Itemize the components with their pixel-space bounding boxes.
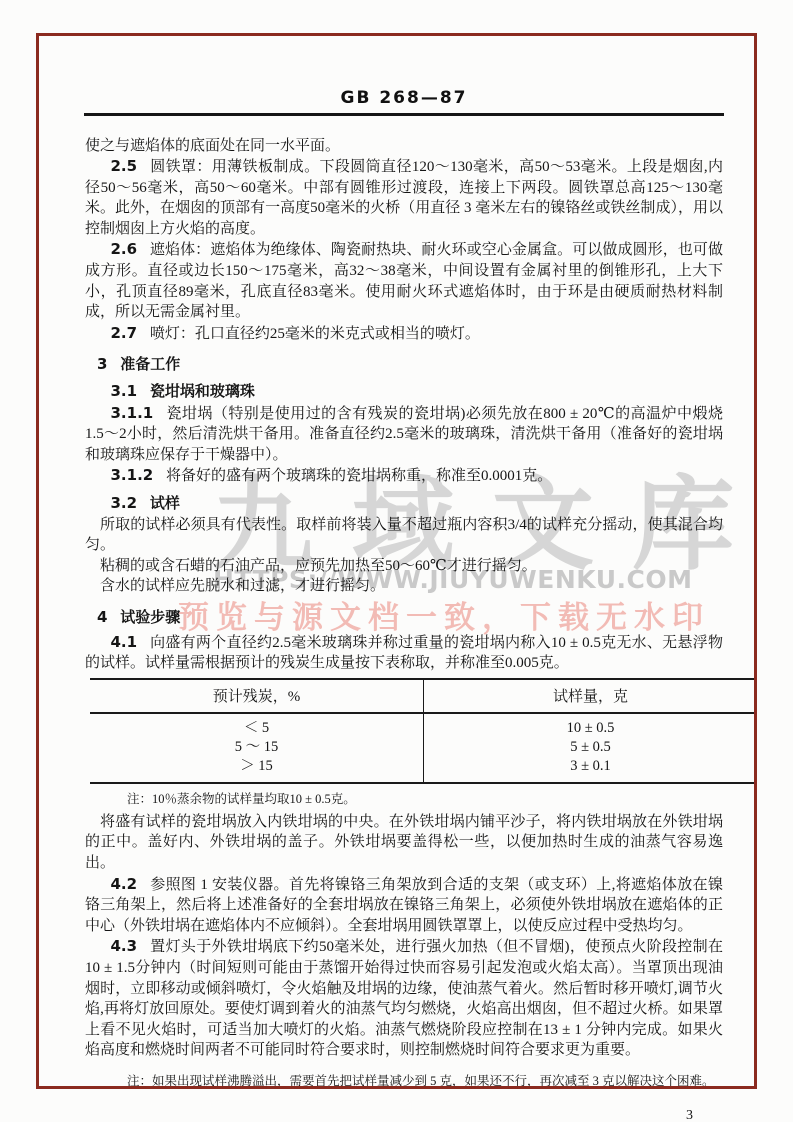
cell-residue: 5 ～ 15 (90, 738, 424, 757)
section-number: 2.7 (111, 324, 150, 342)
col-header-sample: 试样量，克 (424, 679, 758, 713)
para-3-1-2: 3.1.2将备好的盛有两个玻璃珠的瓷坩埚称重，称准至0.0001克。 (85, 465, 723, 487)
section-number: 4.1 (111, 633, 150, 651)
para-text: 将盛有试样的瓷坩埚放入内铁坩埚的中央。在外铁坩埚内铺平沙子，将内铁坩埚放在外铁坩… (85, 814, 723, 871)
para-4-3: 4.3置灯头于外铁坩埚底下约50毫米处，进行强火加热（但不冒烟)，使预点火阶段控… (85, 936, 723, 1061)
para-4-2: 4.2参照图 1 安装仪器。首先将镍铬三角架放到合适的支架（或支环）上,将遮焰体… (85, 874, 723, 937)
section-number: 3.1.1 (111, 404, 166, 422)
section-number: 4.2 (111, 875, 150, 893)
section-number: 4.3 (111, 937, 150, 955)
page-number: 3 (85, 1106, 723, 1122)
para-text: 参照图 1 安装仪器。首先将镍铬三角架放到合适的支架（或支环）上,将遮焰体放在镍… (85, 877, 723, 934)
cell-residue: ＞ 15 (90, 757, 424, 783)
section-number: 2.5 (111, 157, 150, 175)
table-note: 注：10％蒸余物的试样量均取10 ± 0.5克。 (127, 791, 723, 808)
para-text: 向盛有两个直径约2.5毫米玻璃珠并称过重量的瓷坩埚内称入10 ± 0.5克无水、… (85, 635, 723, 672)
para-2-6: 2.6遮焰体：遮焰体为绝缘体、陶瓷耐热块、耐火环或空心金属盒。可以做成圆形，也可… (85, 239, 723, 322)
cell-sample: 10 ± 0.5 (424, 713, 758, 738)
section-number: 3 (97, 355, 120, 373)
table-row: 5 ～ 15 5 ± 0.5 (90, 738, 757, 757)
para-text: 瓷坩埚（特别是使用过的含有残炭的瓷坩埚)必须先放在800 ± 20℃的高温炉中煅… (85, 406, 723, 463)
final-note: 注：如果出现试样沸腾溢出，需要首先把试样量减少到 5 克，如果还不行，再次减至 … (127, 1073, 723, 1090)
section-number: 2.6 (111, 240, 150, 258)
para-text: 遮焰体：遮焰体为绝缘体、陶瓷耐热块、耐火环或空心金属盒。可以做成圆形，也可做 成… (85, 242, 723, 320)
para-sample-3: 含水的试样应先脱水和过滤，才进行摇匀。 (85, 576, 723, 597)
para-text: 置灯头于外铁坩埚底下约50毫米处，进行强火加热（但不冒烟)，使预点火阶段控制在1… (85, 939, 723, 1058)
para-sample-2: 粘稠的或含石蜡的石油产品，应预先加热至50～60℃才进行摇匀。 (85, 556, 723, 577)
para-3-1-1: 3.1.1瓷坩埚（特别是使用过的含有残炭的瓷坩埚)必须先放在800 ± 20℃的… (85, 403, 723, 466)
table-row: ＜ 5 10 ± 0.5 (90, 713, 757, 738)
sample-size-table: 预计残炭，% 试样量，克 ＜ 5 10 ± 0.5 5 ～ 15 5 ± 0.5… (90, 678, 757, 784)
header-rule (84, 113, 724, 116)
para-2-5: 2.5圆铁罩：用薄铁板制成。下段圆筒直径120～130毫米，高50～53毫米。上… (85, 156, 723, 239)
para-2-7: 2.7喷灯：孔口直径约25毫米的米克式或相当的喷灯。 (85, 323, 723, 345)
heading-3-2: 3.2试样 (85, 493, 723, 514)
table-body: ＜ 5 10 ± 0.5 5 ～ 15 5 ± 0.5 ＞ 15 3 ± 0.1 (90, 713, 757, 783)
para-text: 将备好的盛有两个玻璃珠的瓷坩埚称重，称准至0.0001克。 (166, 468, 552, 484)
section-number: 3.1.2 (111, 466, 166, 484)
para-text: 粘稠的或含石蜡的石油产品，应预先加热至50～60℃才进行摇匀。 (100, 558, 537, 574)
para-text: 圆铁罩：用薄铁板制成。下段圆筒直径120～130毫米，高50～53毫米。上段是烟… (85, 159, 723, 237)
heading-text: 试样 (150, 494, 180, 512)
para-text: 所取的试样必须具有代表性。取样前将装入量不超过瓶内容积3/4的试样充分摇动，使其… (85, 517, 723, 554)
para-text: 使之与遮焰体的底面处在同一水平面。 (85, 138, 340, 154)
cell-sample: 3 ± 0.1 (424, 757, 758, 783)
para-text: 喷灯：孔口直径约25毫米的米克式或相当的喷灯。 (150, 326, 480, 342)
sample-size-table-wrap: 预计残炭，% 试样量，克 ＜ 5 10 ± 0.5 5 ～ 15 5 ± 0.5… (85, 678, 723, 784)
para-text: 含水的试样应先脱水和过滤，才进行摇匀。 (100, 578, 385, 594)
heading-text: 准备工作 (120, 355, 180, 373)
col-header-residue: 预计残炭，% (90, 679, 424, 713)
heading-3-1: 3.1瓷坩埚和玻璃珠 (85, 381, 723, 402)
document-page: 九域文库 HTTPS://WWW.JIUYUWENKU.COM 预览与源文档一致… (0, 0, 793, 1122)
para-place-crucible: 将盛有试样的瓷坩埚放入内铁坩埚的中央。在外铁坩埚内铺平沙子，将内铁坩埚放在外铁坩… (85, 812, 723, 874)
para-4-1: 4.1向盛有两个直径约2.5毫米玻璃珠并称过重量的瓷坩埚内称入10 ± 0.5克… (85, 632, 723, 674)
section-number: 3.1 (111, 382, 150, 400)
table-header-row: 预计残炭，% 试样量，克 (90, 679, 757, 713)
standard-code-header: GB 268—87 (85, 88, 723, 108)
page-content: GB 268—87 使之与遮焰体的底面处在同一水平面。 2.5圆铁罩：用薄铁板制… (85, 88, 723, 1122)
table-row: ＞ 15 3 ± 0.1 (90, 757, 757, 783)
section-number: 3.2 (111, 494, 150, 512)
heading-text: 试验步骤 (120, 608, 180, 626)
cell-residue: ＜ 5 (90, 713, 424, 738)
para-sample-1: 所取的试样必须具有代表性。取样前将装入量不超过瓶内容积3/4的试样充分摇动，使其… (85, 515, 723, 556)
cell-sample: 5 ± 0.5 (424, 738, 758, 757)
section-number: 4 (97, 608, 120, 626)
heading-3: 3准备工作 (85, 354, 723, 375)
heading-text: 瓷坩埚和玻璃珠 (150, 382, 255, 400)
para-continuation: 使之与遮焰体的底面处在同一水平面。 (85, 136, 723, 157)
table-head: 预计残炭，% 试样量，克 (90, 679, 757, 713)
heading-4: 4试验步骤 (85, 607, 723, 628)
